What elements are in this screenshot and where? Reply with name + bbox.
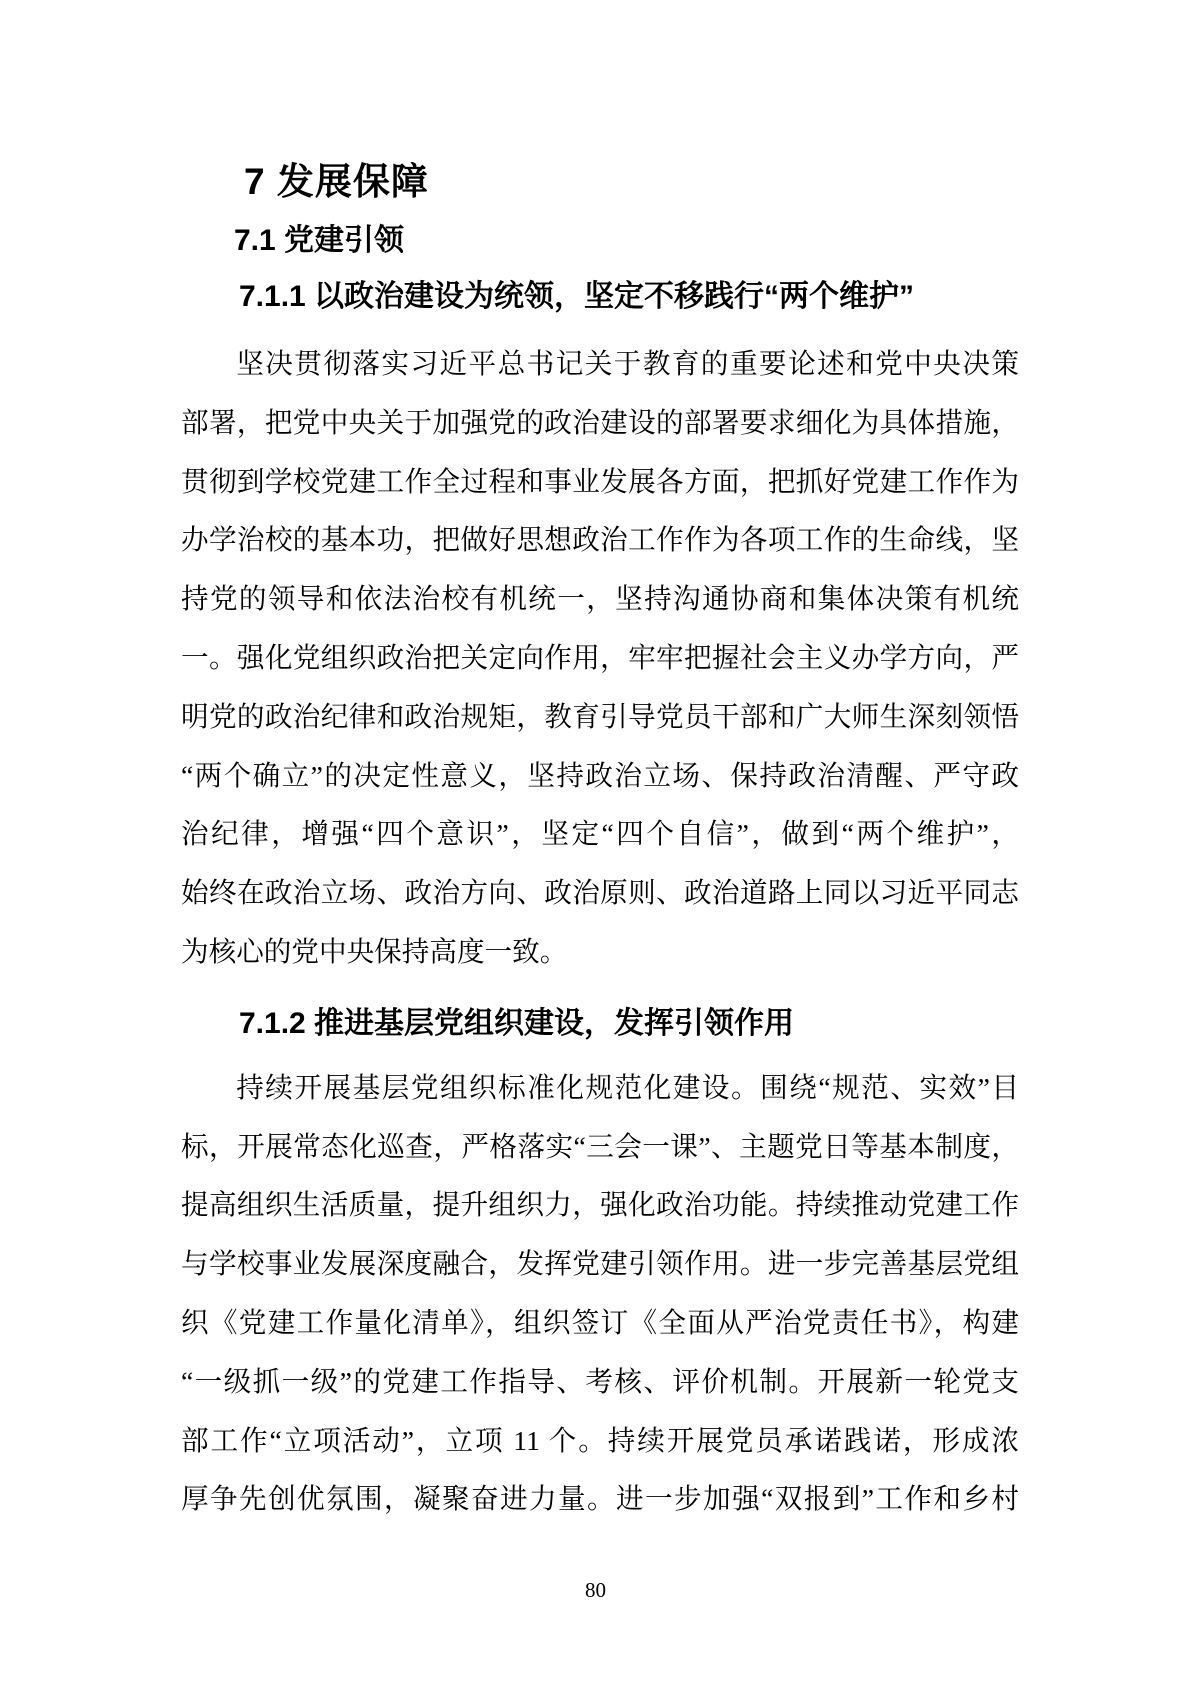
text-line: 标，开展常态化巡查，严格落实“三会一课”、主题党日等基本制度， bbox=[181, 1118, 1019, 1177]
text-line: 办学治校的基本功，把做好思想政治工作作为各项工作的生命线，坚 bbox=[181, 511, 1019, 570]
page-number: 80 bbox=[0, 1576, 1191, 1604]
document-page: 7 发展保障 7.1 党建引领 7.1.1 以政治建设为统领，坚定不移践行“两个… bbox=[0, 0, 1191, 1684]
text-line: 贯彻到学校党建工作全过程和事业发展各方面，把抓好党建工作作为 bbox=[181, 453, 1019, 512]
text-line: 织《党建工作量化清单》，组织签订《全面从严治党责任书》，构建 bbox=[181, 1294, 1019, 1353]
text-line: 坚决贯彻落实习近平总书记关于教育的重要论述和党中央决策 bbox=[181, 335, 1019, 394]
section-heading: 7.1 党建引领 bbox=[234, 220, 1019, 261]
text-line: “一级抓一级”的党建工作指导、考核、评价机制。开展新一轮党支 bbox=[181, 1353, 1019, 1412]
text-line: 部署，把党中央关于加强党的政治建设的部署要求细化为具体措施， bbox=[181, 394, 1019, 453]
text-line: 持续开展基层党组织标准化规范化建设。围绕“规范、实效”目 bbox=[181, 1059, 1019, 1118]
text-line: 提高组织生活质量，提升组织力，强化政治功能。持续推动党建工作 bbox=[181, 1176, 1019, 1235]
text-line: 明党的政治纪律和政治规矩，教育引导党员干部和广大师生深刻领悟 bbox=[181, 688, 1019, 747]
text-line: “两个确立”的决定性意义，坚持政治立场、保持政治清醒、严守政 bbox=[181, 747, 1019, 806]
chapter-heading: 7 发展保障 bbox=[244, 158, 1019, 206]
page-content: 7 发展保障 7.1 党建引领 7.1.1 以政治建设为统领，坚定不移践行“两个… bbox=[181, 0, 1019, 1529]
text-line: 部工作“立项活动”，立项 11 个。持续开展党员承诺践诺，形成浓 bbox=[181, 1412, 1019, 1471]
text-line: 始终在政治立场、政治方向、政治原则、政治道路上同以习近平同志 bbox=[181, 864, 1019, 923]
text-line: 与学校事业发展深度融合，发挥党建引领作用。进一步完善基层党组 bbox=[181, 1235, 1019, 1294]
paragraph-2: 持续开展基层党组织标准化规范化建设。围绕“规范、实效”目 标，开展常态化巡查，严… bbox=[181, 1059, 1019, 1529]
text-line: 为核心的党中央保持高度一致。 bbox=[181, 923, 1019, 982]
text-line: 治纪律，增强“四个意识”，坚定“四个自信”，做到“两个维护”， bbox=[181, 805, 1019, 864]
paragraph-1: 坚决贯彻落实习近平总书记关于教育的重要论述和党中央决策 部署，把党中央关于加强党… bbox=[181, 335, 1019, 982]
subsection-1-heading: 7.1.1 以政治建设为统领，坚定不移践行“两个维护” bbox=[239, 276, 1019, 317]
subsection-2-heading: 7.1.2 推进基层党组织建设，发挥引领作用 bbox=[239, 1003, 1019, 1044]
text-line: 一。强化党组织政治把关定向作用，牢牢把握社会主义办学方向，严 bbox=[181, 629, 1019, 688]
text-line: 厚争先创优氛围，凝聚奋进力量。进一步加强“双报到”工作和乡村 bbox=[181, 1470, 1019, 1529]
text-line: 持党的领导和依法治校有机统一，坚持沟通协商和集体决策有机统 bbox=[181, 570, 1019, 629]
